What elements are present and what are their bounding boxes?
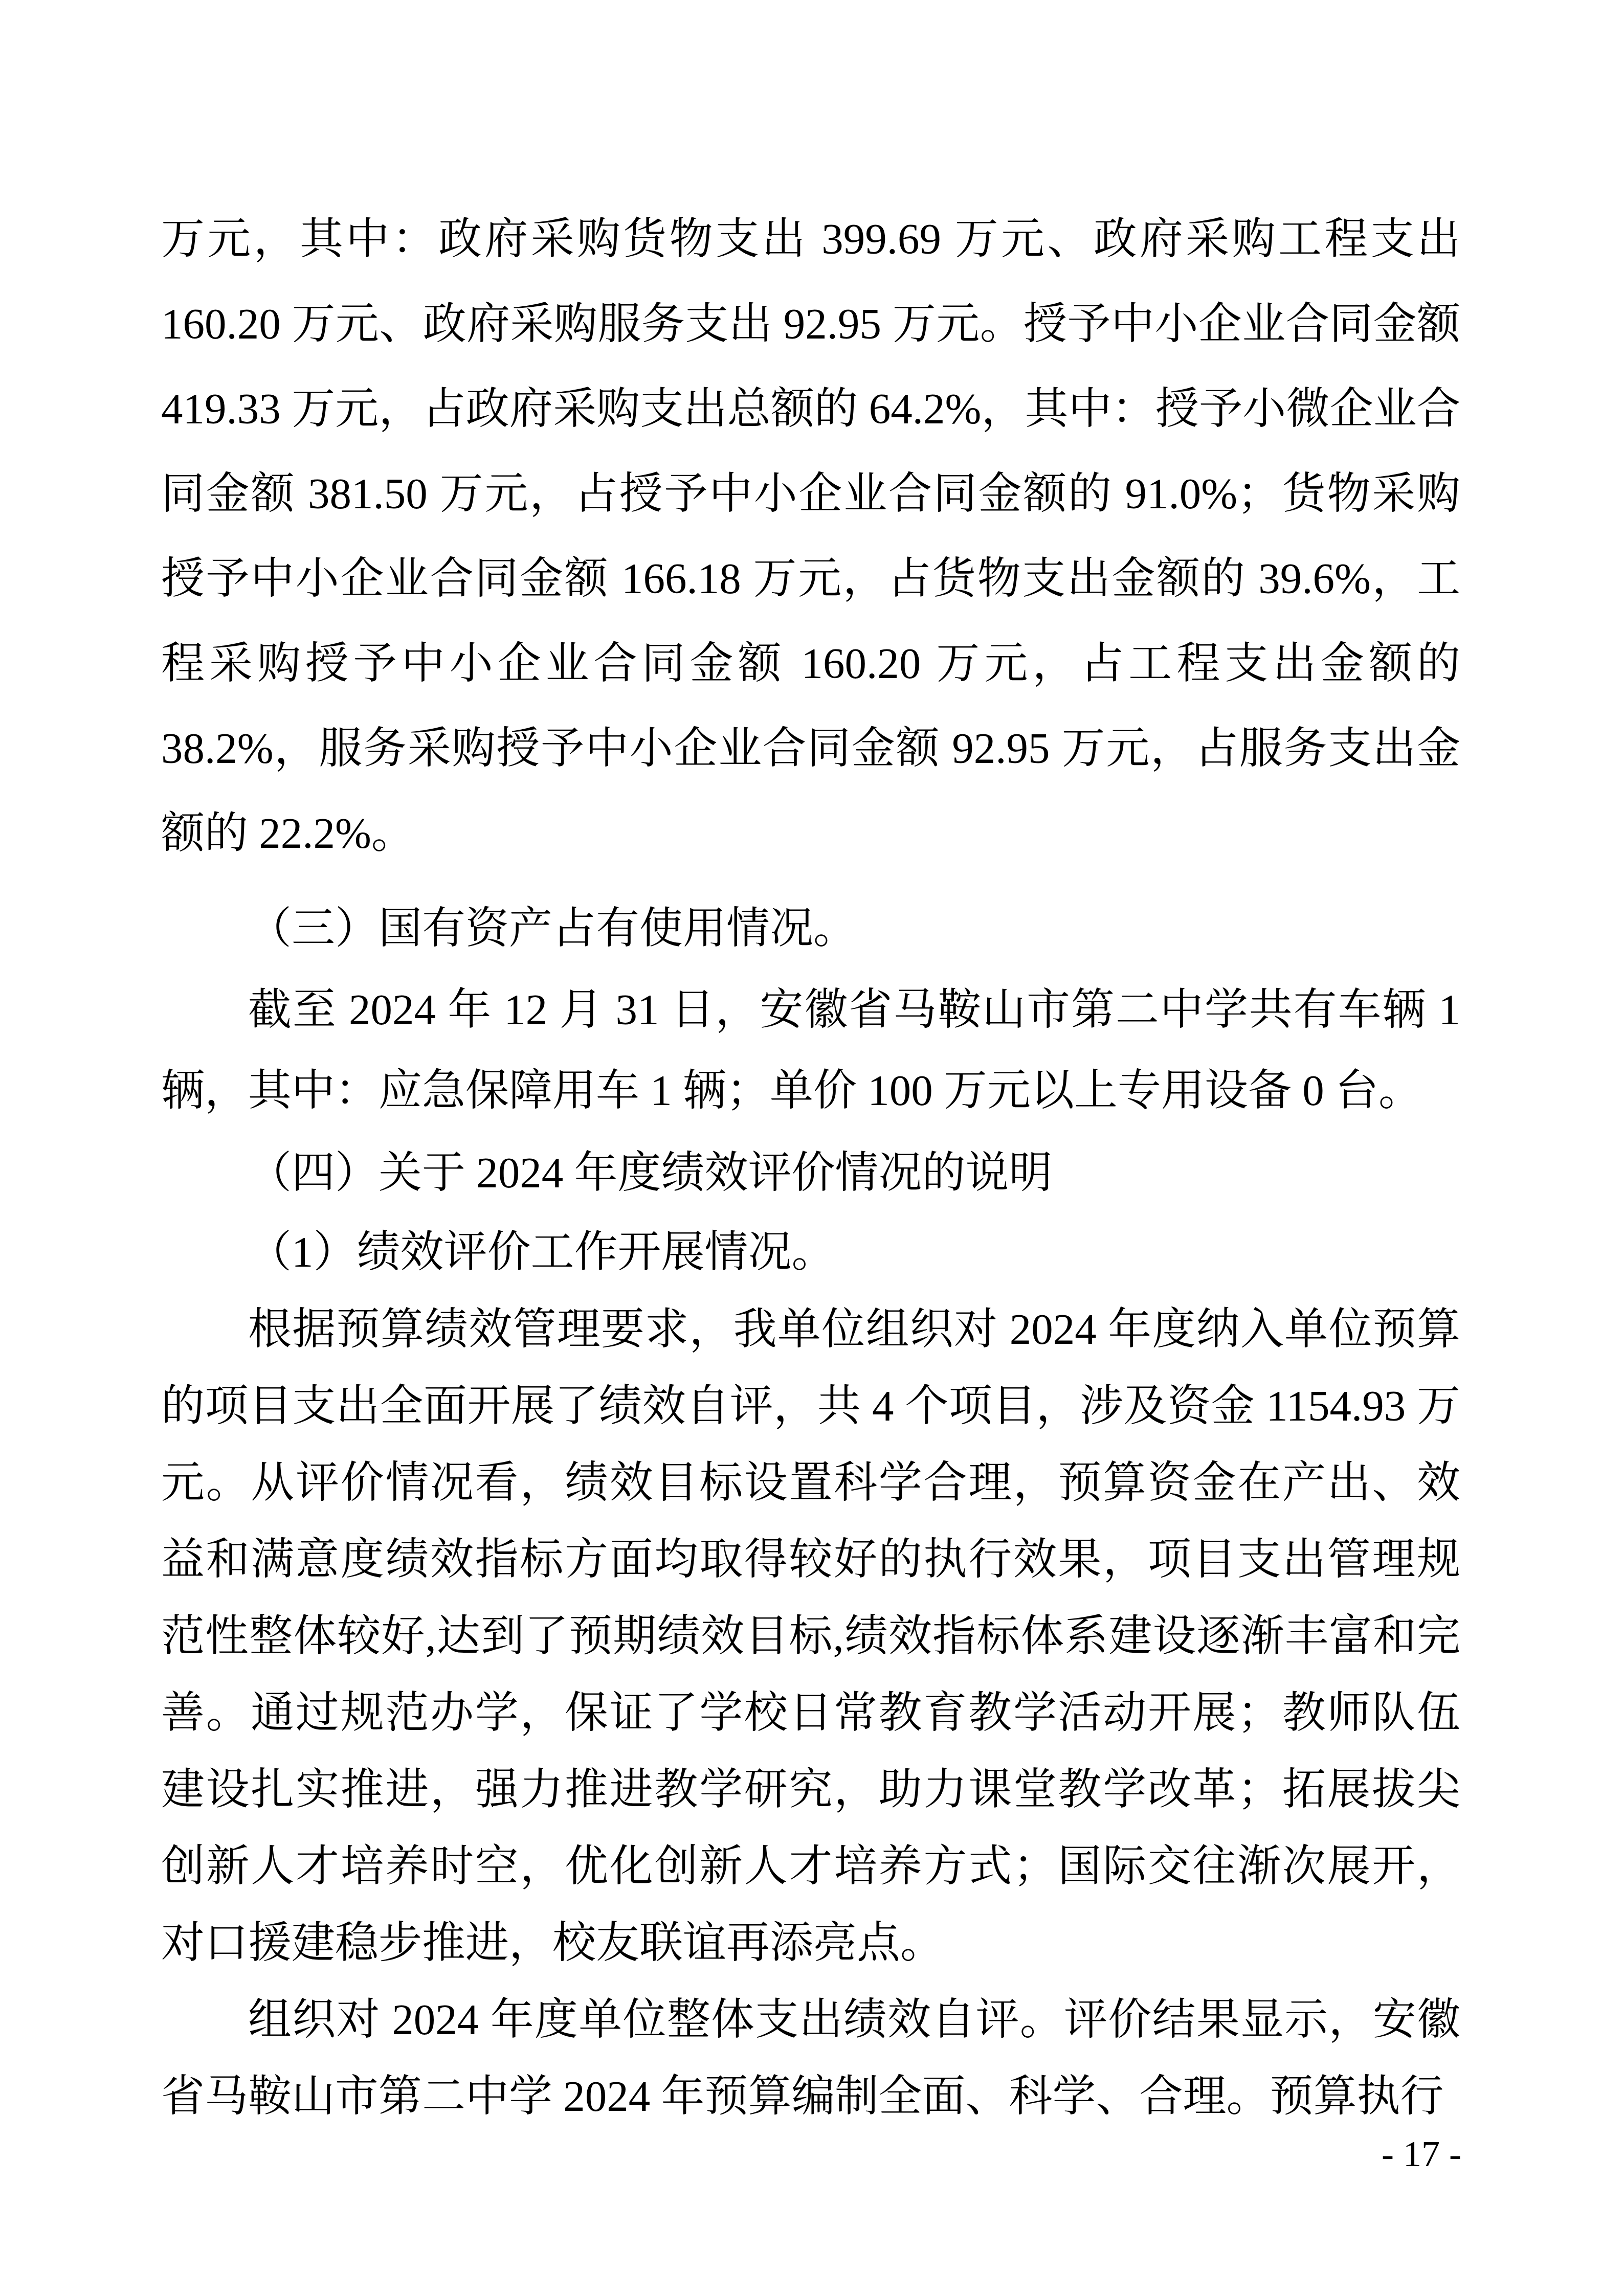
- page-footer: - 17 -: [1382, 2133, 1461, 2174]
- paragraph-project-self-evaluation: 根据预算绩效管理要求，我单位组织对 2024 年度纳入单位预算的项目支出全面开展…: [161, 1291, 1460, 1982]
- heading-section-three-state-assets: （三）国有资产占有使用情况。: [161, 888, 1460, 970]
- heading-section-four-performance-evaluation: （四）关于 2024 年度绩效评价情况的说明: [161, 1133, 1460, 1213]
- paragraph-state-assets-usage: 截至 2024 年 12 月 31 日，安徽省马鞍山市第二中学共有车辆 1 辆，…: [161, 970, 1460, 1131]
- heading-sub-one-evaluation-work: （1）绩效评价工作开展情况。: [161, 1213, 1460, 1291]
- paragraph-government-procurement-continuation: 万元，其中：政府采购货物支出 399.69 万元、政府采购工程支出 160.20…: [161, 197, 1460, 876]
- document-page: 万元，其中：政府采购货物支出 399.69 万元、政府采购工程支出 160.20…: [0, 0, 1624, 2296]
- paragraph-overall-expenditure-evaluation: 组织对 2024 年度单位整体支出绩效自评。评价结果显示，安徽省马鞍山市第二中学…: [161, 1982, 1460, 2135]
- document-content: 万元，其中：政府采购货物支出 399.69 万元、政府采购工程支出 160.20…: [161, 197, 1460, 2135]
- page-number: - 17 -: [1382, 2133, 1461, 2174]
